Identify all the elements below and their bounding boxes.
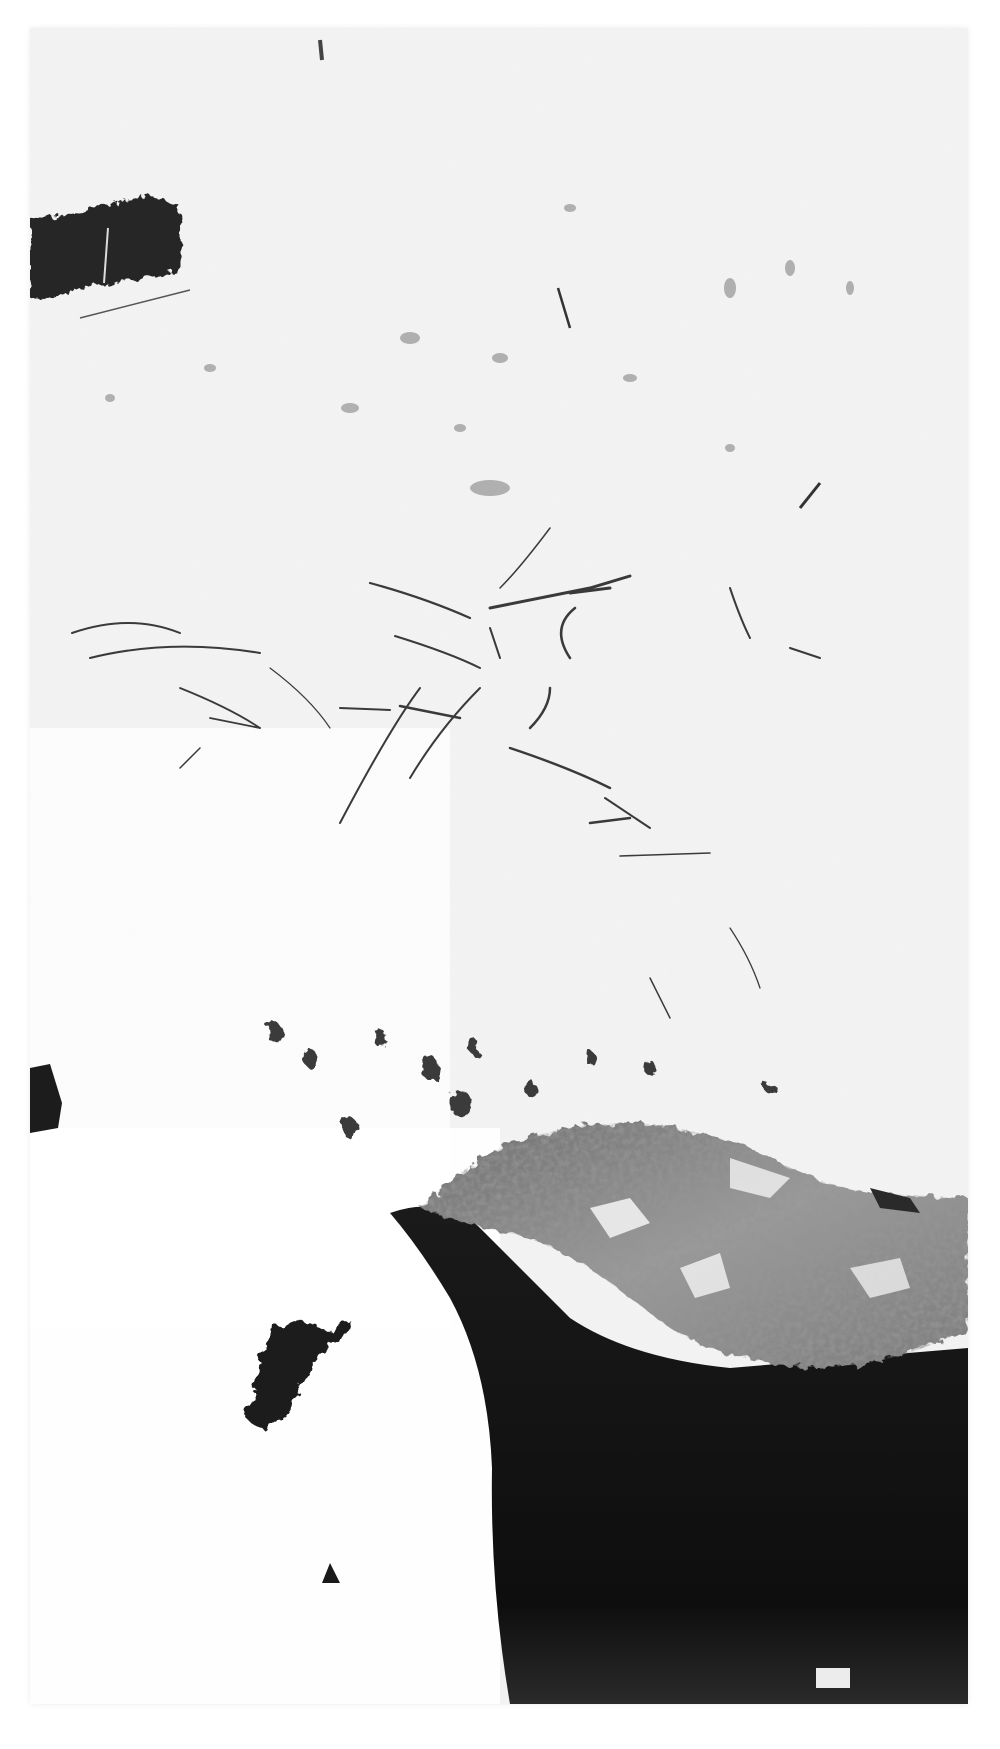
- print-notch: [816, 1668, 850, 1688]
- photo-canvas: [30, 28, 968, 1704]
- photo-print: [30, 28, 968, 1704]
- photo-scan: Scanned black-and-white photographic pri…: [0, 0, 1000, 1749]
